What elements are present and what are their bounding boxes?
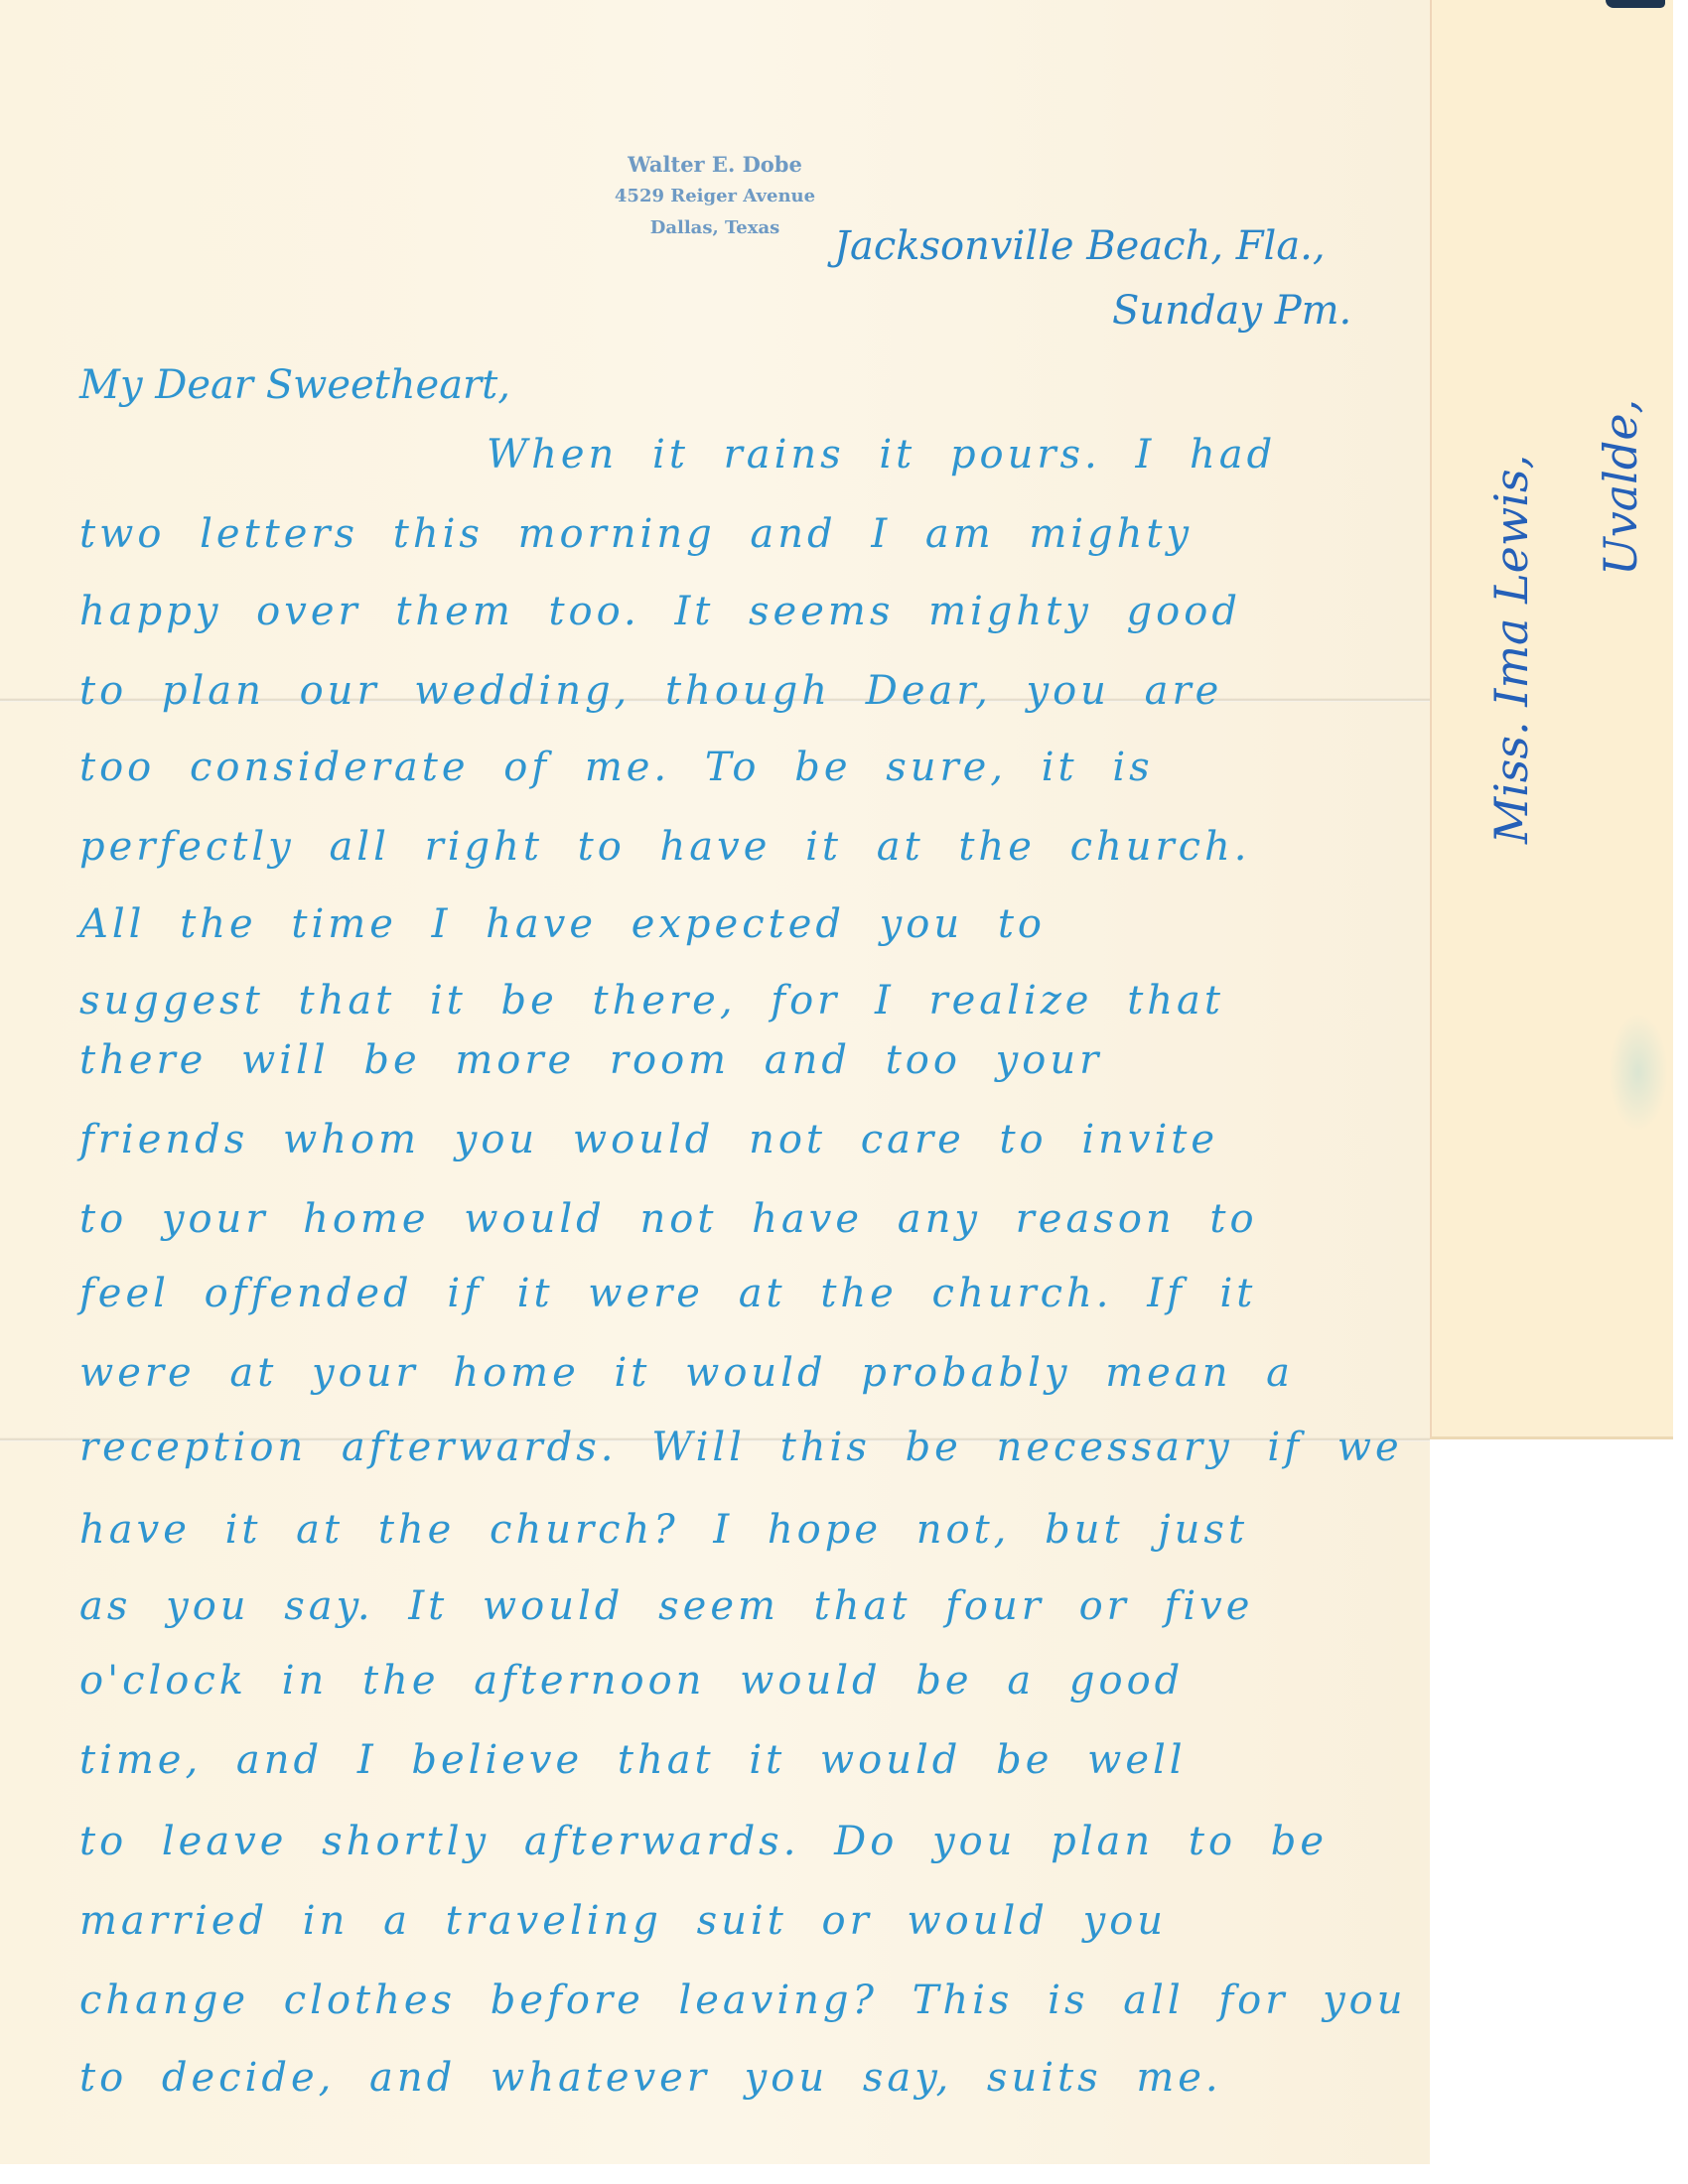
body-line: perfectly all right to have it at the ch… xyxy=(79,824,1251,870)
letterhead-street: 4529 Reiger Avenue xyxy=(586,181,844,212)
body-line: were at your home it would probably mean… xyxy=(79,1350,1294,1396)
body-line: to leave shortly afterwards. Do you plan… xyxy=(79,1819,1328,1864)
body-line: have it at the church? I hope not, but j… xyxy=(79,1507,1248,1553)
body-line: too considerate of me. To be sure, it is xyxy=(79,745,1154,790)
body-line: time, and I believe that it would be wel… xyxy=(79,1737,1187,1783)
body-line: reception afterwards. Will this be neces… xyxy=(79,1425,1403,1470)
body-line: o'clock in the afternoon would be a good xyxy=(79,1658,1184,1704)
body-line: as you say. It would seem that four or f… xyxy=(79,1583,1253,1629)
ink-stain xyxy=(1609,1013,1668,1132)
body-line: to your home would not have any reason t… xyxy=(79,1196,1258,1242)
body-line: there will be more room and too your xyxy=(79,1037,1102,1083)
letterhead: Walter E. Dobe 4529 Reiger Avenue Dallas… xyxy=(586,149,844,244)
letterhead-name: Walter E. Dobe xyxy=(586,149,844,181)
greeting: My Dear Sweetheart, xyxy=(79,362,510,408)
body-line: All the time I have expected you to xyxy=(79,901,1046,947)
body-line: married in a traveling suit or would you xyxy=(79,1898,1167,1944)
recipient-name: Miss. Ima Lewis, xyxy=(1484,455,1538,844)
letter-place: Jacksonville Beach, Fla., xyxy=(834,223,1326,269)
letter-day: Sunday Pm. xyxy=(1112,288,1351,334)
body-line: feel offended if it were at the church. … xyxy=(79,1271,1256,1316)
body-line: When it rains it pours. I had xyxy=(487,432,1276,478)
body-line: friends whom you would not care to invit… xyxy=(79,1117,1218,1162)
flap-edge-mark xyxy=(1606,0,1665,8)
body-line: to plan our wedding, though Dear, you ar… xyxy=(79,668,1222,714)
body-line: two letters this morning and I am mighty xyxy=(79,511,1193,557)
letterhead-city: Dallas, Texas xyxy=(586,212,844,244)
recipient-city: Uvalde, xyxy=(1594,399,1647,576)
envelope-flap xyxy=(1430,0,1673,1439)
body-line: to decide, and whatever you say, suits m… xyxy=(79,2055,1222,2101)
letter-page: Walter E. Dobe 4529 Reiger Avenue Dallas… xyxy=(0,0,1430,2164)
body-line: change clothes before leaving? This is a… xyxy=(79,1978,1407,2023)
body-line: suggest that it be there, for I realize … xyxy=(79,978,1224,1024)
body-line: happy over them too. It seems mighty goo… xyxy=(79,589,1241,634)
